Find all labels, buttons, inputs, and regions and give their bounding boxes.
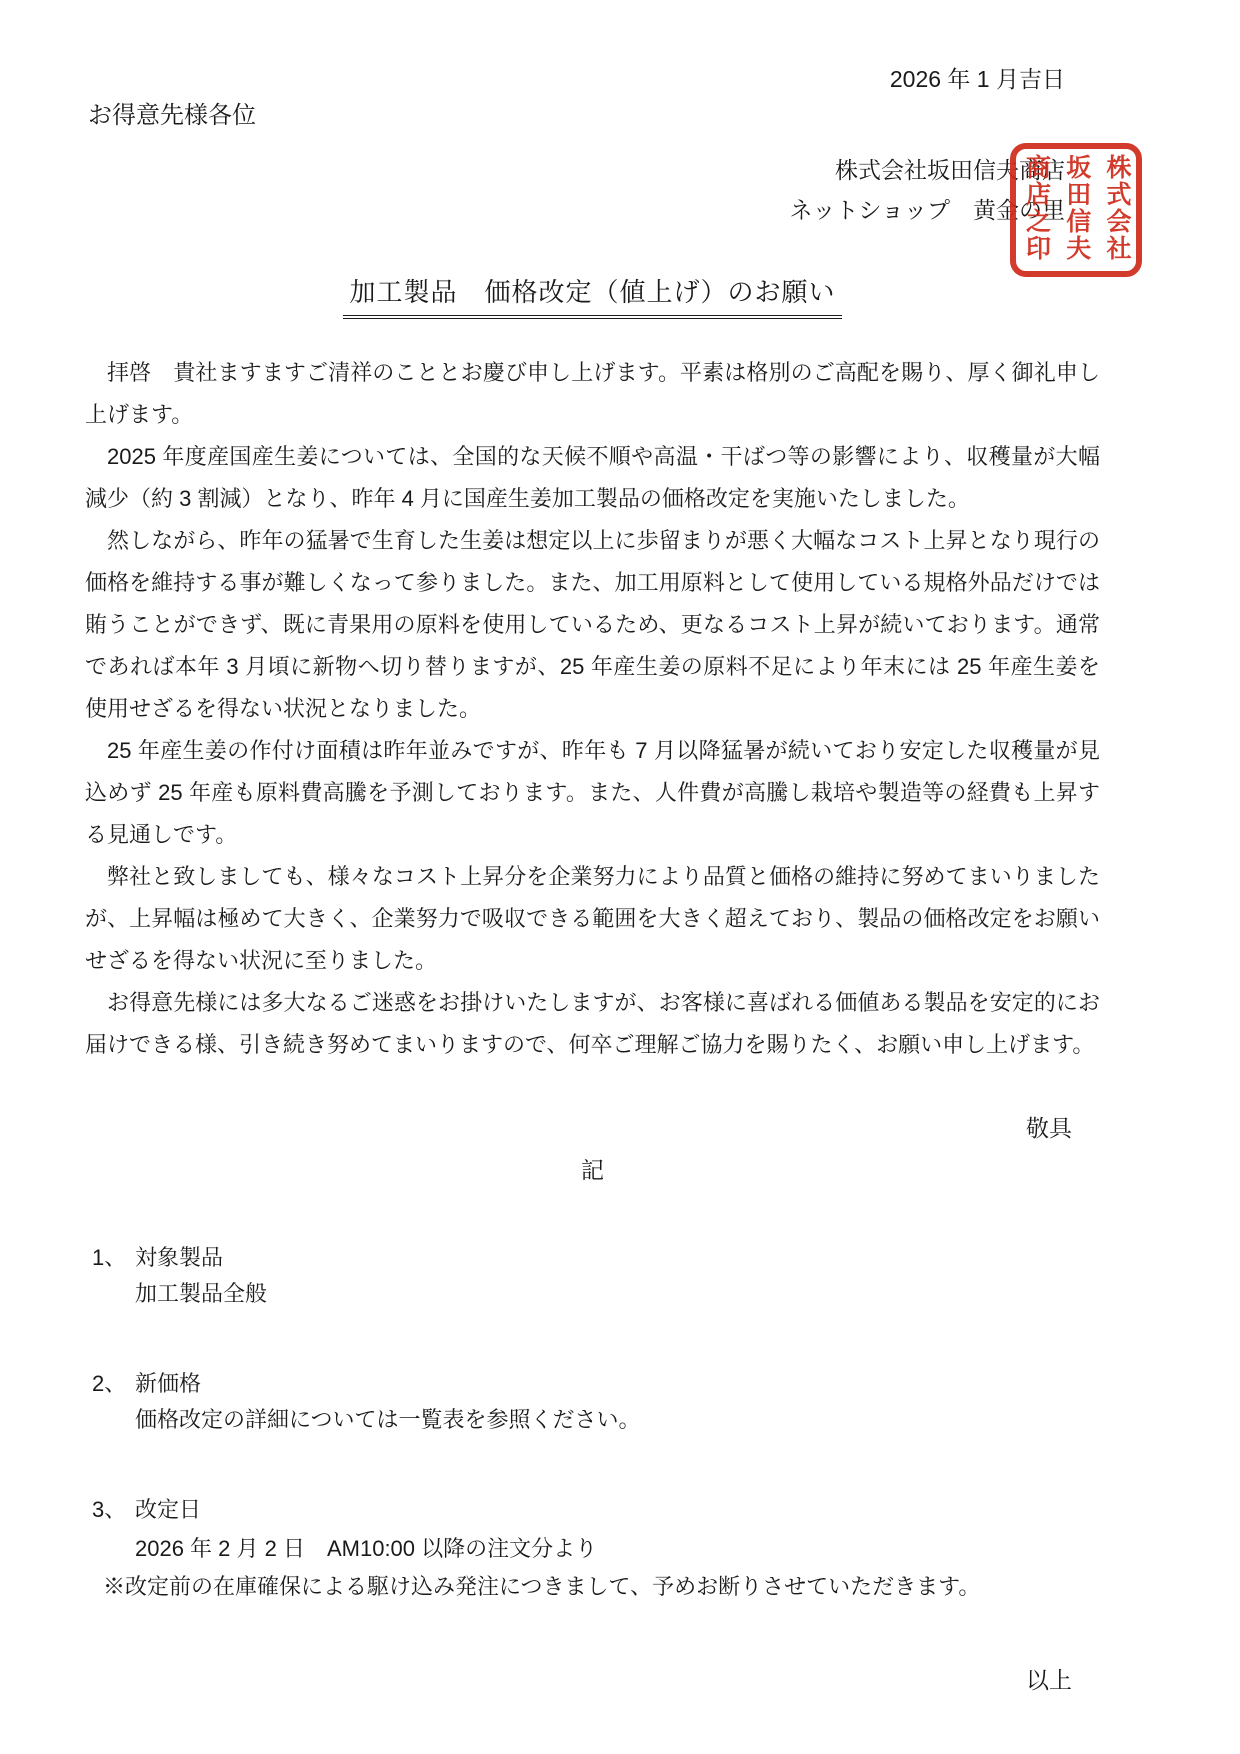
- notice-item-3-number: 3、: [92, 1495, 135, 1524]
- document-title: 加工製品 価格改定（値上げ）のお願い: [343, 276, 841, 319]
- notice-heading-ki: 記: [85, 1155, 1100, 1185]
- body-paragraph-6: お得意先様には多大なるご迷惑をお掛けいたしますが、お客様に喜ばれる価値ある製品を…: [85, 982, 1100, 1066]
- notice-item-1-head: 1、対象製品: [92, 1243, 223, 1272]
- seal-column-left: 商店之印: [1022, 154, 1050, 266]
- notice-item-1-label: 対象製品: [135, 1245, 223, 1270]
- closing-keigu: 敬具: [85, 1113, 1100, 1143]
- sender-shop: ネットショップ 黄金の里: [85, 190, 1065, 230]
- end-ijou: 以上: [85, 1665, 1100, 1695]
- notice-item-2-detail: 価格改定の詳細については一覧表を参照ください。: [135, 1405, 641, 1434]
- seal-column-middle: 坂田信夫: [1062, 154, 1090, 266]
- notice-item-2-label: 新価格: [135, 1371, 201, 1396]
- notice-item-2-head: 2、新価格: [92, 1369, 201, 1398]
- body-paragraph-1: 拝啓 貴社ますますご清祥のこととお慶び申し上げます。平素は格別のご高配を賜り、厚…: [85, 352, 1100, 436]
- letter-date: 2026 年 1 月吉日: [85, 64, 1065, 94]
- recipient-line: お得意先様各位: [88, 100, 256, 132]
- sender-block: 株式会社坂田信夫商店 ネットショップ 黄金の里: [85, 150, 1065, 230]
- body-paragraph-2: 2025 年度産国産生姜については、全国的な天候不順や高温・干ばつ等の影響により…: [85, 436, 1100, 520]
- body-paragraph-5: 弊社と致しましても、様々なコスト上昇分を企業努力により品質と価格の維持に努めてま…: [85, 856, 1100, 982]
- body-paragraph-3: 然しながら、昨年の猛暑で生育した生姜は想定以上に歩留まりが悪く大幅なコスト上昇と…: [85, 520, 1100, 730]
- seal-column-right: 株式会社: [1103, 154, 1131, 266]
- notice-item-3-detail: 2026 年 2 月 2 日 AM10:00 以降の注文分より: [135, 1534, 597, 1563]
- sender-company: 株式会社坂田信夫商店: [85, 150, 1065, 190]
- notice-item-3-head: 3、改定日: [92, 1495, 201, 1524]
- business-letter-page: 2026 年 1 月吉日 お得意先様各位 株式会社坂田信夫商店 ネットショップ …: [0, 0, 1240, 1754]
- notice-item-1-number: 1、: [92, 1243, 135, 1272]
- notice-item-1-detail: 加工製品全般: [135, 1279, 267, 1308]
- letter-body: 拝啓 貴社ますますご清祥のこととお慶び申し上げます。平素は格別のご高配を賜り、厚…: [85, 352, 1100, 1066]
- company-seal-stamp: 株式会社 坂田信夫 商店之印: [1010, 143, 1142, 277]
- body-paragraph-4: 25 年産生姜の作付け面積は昨年並みですが、昨年も 7 月以降猛暑が続いており安…: [85, 730, 1100, 856]
- notice-item-2-number: 2、: [92, 1369, 135, 1398]
- notice-item-3-label: 改定日: [135, 1497, 201, 1522]
- notice-caution: ※改定前の在庫確保による駆け込み発注につきまして、予めお断りさせていただきます。: [103, 1572, 980, 1601]
- title-row: 加工製品 価格改定（値上げ）のお願い: [85, 276, 1100, 319]
